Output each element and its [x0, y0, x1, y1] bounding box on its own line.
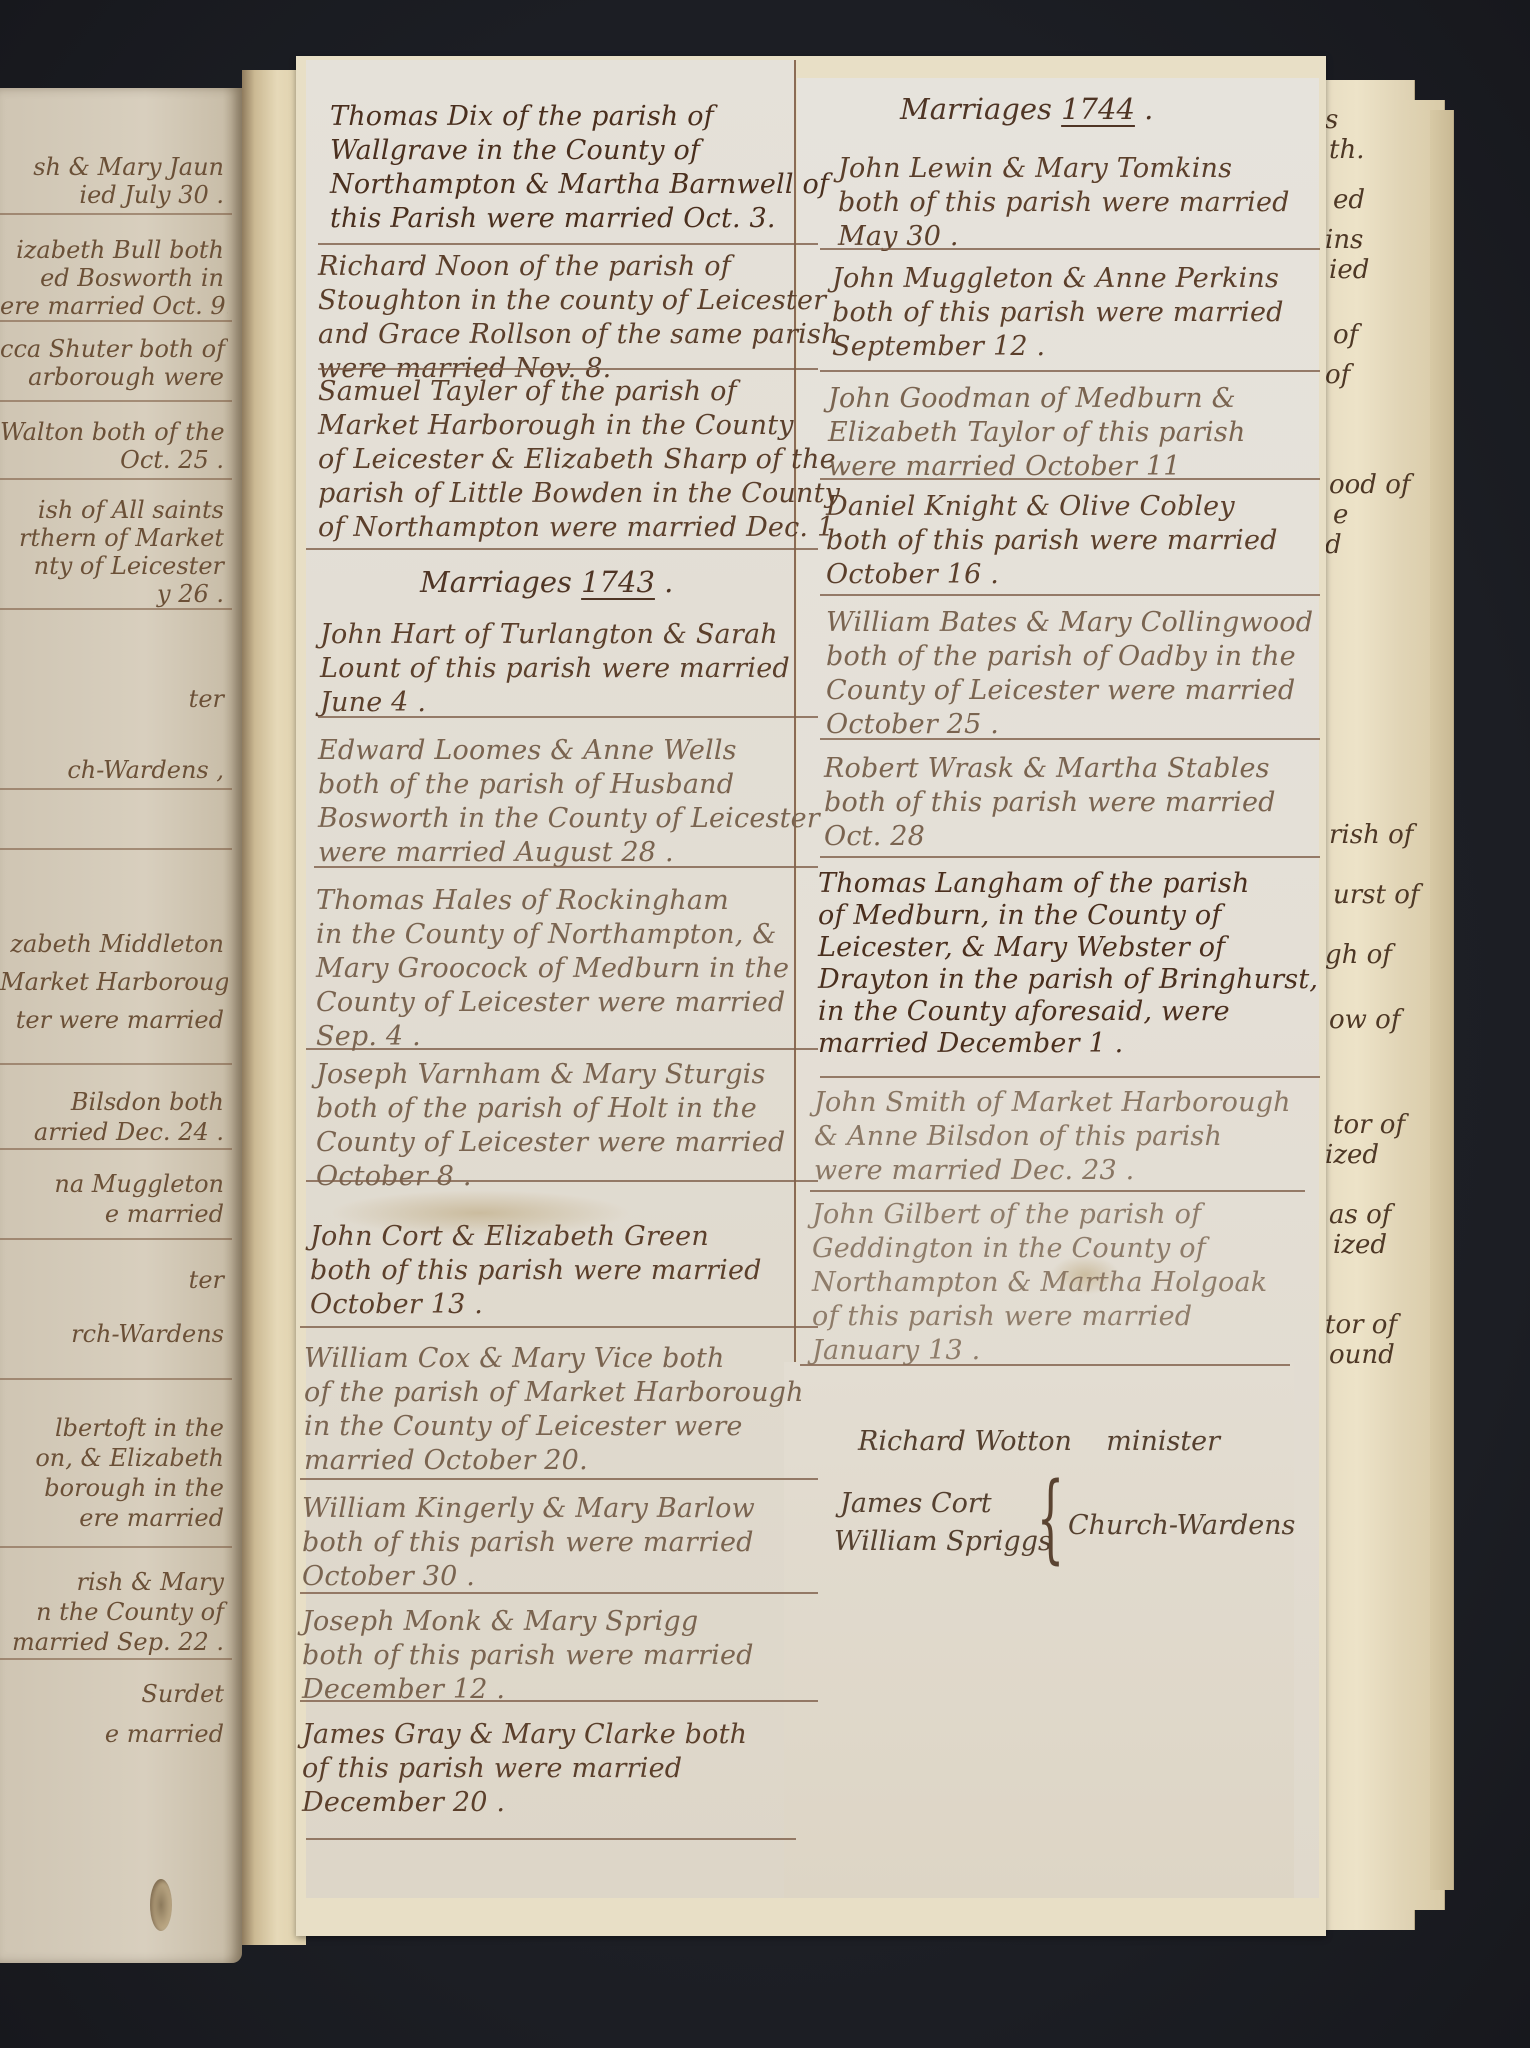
edge-fragment: ized — [1333, 1230, 1387, 1260]
heading-label: Marriages — [900, 92, 1052, 126]
edge-fragment: e — [1333, 500, 1348, 530]
marriage-entry: James Gray & Mary Clarke both of this pa… — [302, 1718, 747, 1820]
left-page-fragment: na Muggleton — [0, 1170, 228, 1198]
rule-line — [0, 478, 232, 480]
rule-line — [300, 1700, 818, 1702]
edge-fragment: tor of — [1325, 1310, 1397, 1340]
warden-signature-1: James Cort — [840, 1486, 992, 1522]
left-page-fragment: ied July 30 . — [0, 181, 228, 209]
heading-year: 1744 — [1061, 92, 1135, 126]
warden-signature-2: William Spriggs — [834, 1524, 1052, 1560]
left-page-fragment: Oct. 25 . — [0, 446, 228, 474]
rule-line — [0, 1546, 232, 1548]
left-page-fragment: e married — [0, 1720, 228, 1748]
rule-line — [0, 608, 232, 610]
rule-line — [318, 716, 818, 718]
edge-fragment: d — [1325, 530, 1342, 560]
rule-line — [314, 866, 818, 868]
rule-line — [0, 1148, 232, 1150]
marriage-entry: John Lewin & Mary Tomkins both of this p… — [838, 152, 1290, 254]
left-page-fragment: zabeth Middleton — [0, 930, 228, 958]
marriage-entry: John Muggleton & Anne Perkins both of th… — [832, 262, 1284, 364]
minister-signature: Richard Wotton minister — [858, 1424, 1220, 1460]
edge-fragment: ied — [1329, 255, 1369, 285]
rule-line — [0, 320, 232, 322]
left-page-fragment: n the County of — [0, 1598, 228, 1626]
rule-line — [300, 1592, 818, 1594]
left-page-fragment: ed Bosworth in — [0, 264, 228, 292]
left-page-fragment: izabeth Bull both — [0, 236, 228, 264]
edge-fragment: urst of — [1333, 880, 1420, 910]
left-page-fragment: Bilsdon both — [0, 1088, 228, 1116]
marriage-entry: Richard Noon of the parish of Stoughton … — [318, 250, 839, 386]
marriage-entry: Thomas Langham of the parish of Medburn,… — [818, 868, 1318, 1060]
left-page-fragment: ere married — [0, 1504, 228, 1532]
left-page-fragment: ch-Wardens , — [0, 756, 228, 784]
left-page-fragment: borough in the — [0, 1474, 228, 1502]
heading-year: 1743 — [581, 565, 655, 599]
rule-line — [820, 856, 1320, 858]
brace-glyph: { — [1037, 1470, 1064, 1566]
left-page-fragment: rthern of Market — [0, 524, 228, 552]
left-page-fragment: on, & Elizabeth — [0, 1444, 228, 1472]
rule-line — [820, 594, 1320, 596]
marriage-entry: John Cort & Elizabeth Green both of this… — [310, 1220, 762, 1322]
marriage-entry: Samuel Tayler of the parish of Market Ha… — [318, 375, 843, 545]
left-page-fragment: Walton both of the — [0, 418, 228, 446]
edge-fragment: ow of — [1329, 1005, 1400, 1035]
marriage-entry: Thomas Hales of Rockingham in the County… — [316, 884, 789, 1054]
edge-fragment: ound — [1329, 1340, 1395, 1370]
marriage-entry: John Hart of Turlangton & Sarah Lount of… — [320, 618, 790, 720]
rule-line — [306, 1048, 818, 1050]
marriage-entry: Joseph Varnham & Mary Sturgis both of th… — [316, 1058, 785, 1194]
section-heading-1743: Marriages 1743 . — [420, 565, 673, 599]
left-page-fragment: e married — [0, 1200, 228, 1228]
edge-fragment: rish of — [1329, 820, 1413, 850]
edge-fragment: of — [1325, 360, 1350, 390]
edge-fragment: of — [1333, 320, 1358, 350]
left-page-fragment: arborough were — [0, 363, 228, 391]
left-page-fragment: ish of All saints — [0, 496, 228, 524]
left-page-fragment: ter — [0, 685, 228, 713]
left-page-fragment: rch-Wardens — [0, 1320, 228, 1348]
rule-line — [300, 1478, 818, 1480]
rule-line — [800, 1364, 1290, 1366]
edge-fragment: tor of — [1333, 1110, 1405, 1140]
left-page-fragment: sh & Mary Jaun — [0, 153, 228, 181]
marriage-entry: Edward Loomes & Anne Wells both of the p… — [318, 734, 820, 870]
marriage-entry: Daniel Knight & Olive Cobley both of thi… — [826, 490, 1278, 592]
rule-line — [820, 370, 1320, 372]
left-page-fragment: married Sep. 22 . — [0, 1628, 228, 1656]
left-page-fragment: Market Harborough — [0, 968, 228, 996]
rule-line — [820, 1076, 1320, 1078]
marriage-entry: Joseph Monk & Mary Sprigg both of this p… — [302, 1605, 754, 1707]
binding-hole — [150, 1879, 172, 1931]
rule-line — [318, 243, 818, 245]
minister-name: Richard Wotton — [858, 1426, 1072, 1457]
left-page-fragment: ter were married — [0, 1006, 228, 1034]
heading-suffix: . — [655, 565, 673, 599]
left-page-fragment: rish & Mary — [0, 1568, 228, 1596]
left-page-fragment: cca Shuter both of — [0, 335, 228, 363]
left-page-fragment: y 26 . — [0, 580, 228, 608]
rule-line — [0, 1238, 232, 1240]
edge-fragment: s — [1325, 105, 1338, 135]
rule-line — [820, 248, 1320, 250]
minister-title: minister — [1106, 1426, 1220, 1457]
rule-line — [0, 1378, 232, 1380]
edge-fragment: ed — [1333, 185, 1365, 215]
edge-fragment: gh of — [1325, 940, 1392, 970]
rule-line — [0, 400, 232, 402]
rule-line — [820, 738, 1320, 740]
rule-line — [0, 788, 232, 790]
edge-fragment: ood of — [1329, 470, 1411, 500]
left-page-fragment: arried Dec. 24 . — [0, 1118, 228, 1146]
rule-line — [306, 1838, 796, 1840]
edge-fragment: th. — [1329, 135, 1364, 165]
left-page-fragment: nty of Leicester — [0, 552, 228, 580]
rule-line — [0, 1658, 232, 1660]
rule-line — [0, 848, 232, 850]
left-page-fragment: lbertoft in the — [0, 1414, 228, 1442]
rule-line — [318, 368, 818, 370]
rule-line — [810, 1190, 1305, 1192]
marriage-entry: William Bates & Mary Collingwood both of… — [826, 606, 1313, 742]
rule-line — [0, 1063, 232, 1065]
marriage-entry: Robert Wrask & Martha Stables both of th… — [824, 752, 1276, 854]
church-wardens-label: Church-Wardens — [1068, 1508, 1295, 1544]
edge-fragment: ized — [1325, 1140, 1379, 1170]
edge-fragment: as of — [1329, 1200, 1391, 1230]
heading-label: Marriages — [420, 565, 572, 599]
edge-fragment: ins — [1325, 225, 1363, 255]
marriage-entry: Thomas Dix of the parish of Wallgrave in… — [330, 100, 829, 236]
left-page-fragment: ere married Oct. 9. — [0, 292, 228, 320]
rule-line — [306, 548, 818, 550]
marriage-entry: John Smith of Market Harborough & Anne B… — [814, 1086, 1291, 1188]
left-page-fragment: Surdet — [0, 1680, 228, 1708]
rule-line — [0, 213, 232, 215]
marriage-entry: William Kingerly & Mary Barlow both of t… — [302, 1492, 755, 1594]
marriage-entry: John Goodman of Medburn & Elizabeth Tayl… — [828, 382, 1246, 484]
rule-line — [300, 1326, 818, 1328]
underlying-sheet-3 — [1430, 110, 1454, 1890]
marriage-entry: John Gilbert of the parish of Geddington… — [812, 1198, 1267, 1368]
marriage-entry: William Cox & Mary Vice both of the pari… — [304, 1342, 804, 1478]
left-facing-page: sh & Mary Jaunied July 30 .izabeth Bull … — [0, 88, 242, 1963]
heading-suffix: . — [1135, 92, 1153, 126]
left-page-fragment: ter — [0, 1266, 228, 1294]
rule-line — [820, 478, 1320, 480]
section-heading-1744: Marriages 1744 . — [900, 92, 1153, 126]
rule-line — [306, 1180, 818, 1182]
